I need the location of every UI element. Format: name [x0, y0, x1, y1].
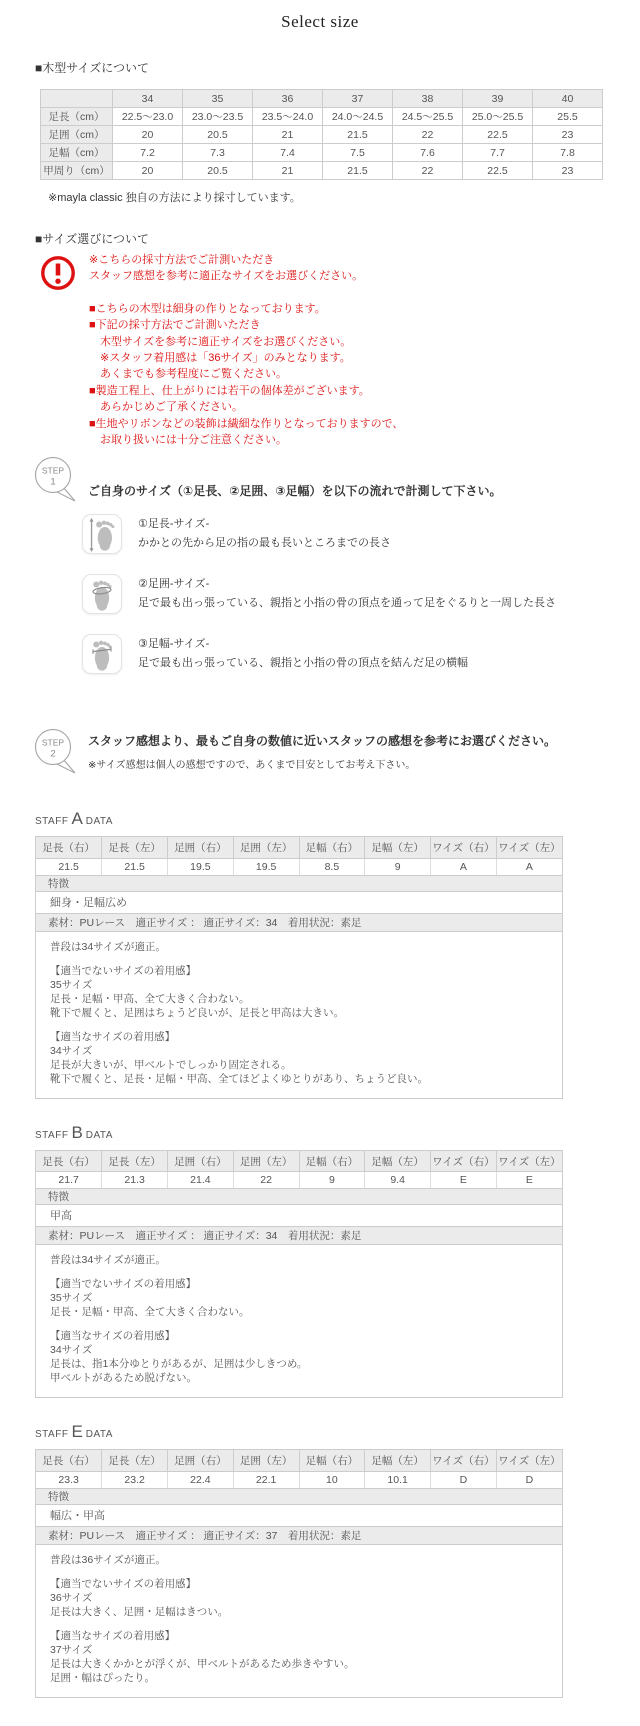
warning-line: 木型サイズを参考に適正サイズをお選びください。	[89, 334, 403, 350]
warning-line: ■製造工程上、仕上がりには若干の個体差がございます。	[89, 383, 403, 399]
table-row: 21.7 21.3 21.4 22 9 9.4 E E	[36, 1172, 562, 1189]
svg-text:2: 2	[50, 749, 55, 760]
step2-row: STEP 2 スタッフ感想より、最もご自身の数値に近いスタッフの感想を参考にお選…	[33, 728, 640, 776]
cell: 22.1	[233, 1471, 299, 1488]
cell: 21.5	[102, 858, 168, 875]
foot-length-icon	[82, 514, 122, 554]
cell: 7.8	[533, 144, 603, 162]
col-header: 足長（右）	[36, 1450, 102, 1471]
cell: 9	[299, 1172, 365, 1189]
table-row: 足幅（cm） 7.2 7.3 7.4 7.5 7.6 7.7 7.8	[41, 144, 603, 162]
staff-letter: B	[71, 1123, 82, 1142]
warning-line: ■生地やリボンなどの装飾は繊細な作りとなっておりますので、	[89, 416, 403, 432]
col-header: 足幅（右）	[299, 1450, 365, 1471]
foot-girth-icon	[82, 574, 122, 614]
table-row: 足長（右） 足長（左） 足囲（右） 足囲（左） 足幅（右） 足幅（左） ワイズ（…	[36, 1450, 562, 1471]
cell: D	[496, 1471, 562, 1488]
comment-line: 【適当でないサイズの着用感】	[50, 964, 550, 978]
cell: 21.5	[323, 162, 393, 180]
last-size-table: 34 35 36 37 38 39 40 足長（cm） 22.5～23.0 23…	[40, 89, 603, 180]
svg-text:STEP: STEP	[42, 738, 65, 748]
step2-instruction: スタッフ感想より、最もご自身の数値に近いスタッフの感想を参考にお選びください。	[88, 728, 556, 749]
staff-a-section: STAFFADATA 足長（右） 足長（左） 足囲（右） 足囲（左） 足幅（右）…	[35, 809, 640, 1099]
svg-text:STEP: STEP	[42, 466, 65, 476]
feature-header: 特徴	[36, 1489, 562, 1505]
warning-line: ■下記の採寸方法でご計測いただき	[89, 317, 403, 333]
comment-line: 普段は34サイズが適正。	[50, 1253, 550, 1267]
staff-e-heading: STAFFEDATA	[35, 1422, 640, 1442]
col-header: 足囲（右）	[168, 837, 234, 858]
col-header: 足幅（左）	[365, 1450, 431, 1471]
table-row: 甲周り（cm） 20 20.5 21 21.5 22 22.5 23	[41, 162, 603, 180]
comment-line	[50, 1319, 550, 1329]
cell: 21	[253, 162, 323, 180]
staff-letter: E	[71, 1422, 82, 1441]
cell: 23.0～23.5	[183, 108, 253, 126]
cell: 24.5～25.5	[393, 108, 463, 126]
col-header: 足囲（左）	[233, 1450, 299, 1471]
step2-note: ※サイズ感想は個人の感想ですので、あくまで目安としてお考え下さい。	[88, 756, 556, 771]
step1-row: STEP 1 ご自身のサイズ（①足長、②足囲、③足幅）を以下の流れで計測して下さ…	[33, 456, 640, 504]
comment-line: 足長・足幅・甲高、全て大きく合わない。	[50, 992, 550, 1006]
col-header: ワイズ（右）	[431, 1151, 497, 1172]
size-col-header: 40	[533, 90, 603, 108]
cell: 23.3	[36, 1471, 102, 1488]
warning-line: あらかじめご了承ください。	[89, 399, 403, 415]
staff-b-table: 足長（右） 足長（左） 足囲（右） 足囲（左） 足幅（右） 足幅（左） ワイズ（…	[36, 1151, 562, 1190]
measuring-note: ※mayla classic 独自の方法により採寸しています。	[48, 189, 640, 205]
comment-line: 普段は34サイズが適正。	[50, 940, 550, 954]
warning-line: スタッフ感想を参考に適正なサイズをお選びください。	[89, 268, 403, 284]
cell: 20	[113, 162, 183, 180]
staff-label-suffix: DATA	[86, 1130, 113, 1141]
col-header: 足長（左）	[102, 1151, 168, 1172]
cell: 22	[233, 1172, 299, 1189]
size-col-header: 35	[183, 90, 253, 108]
staff-a-table: 足長（右） 足長（左） 足囲（右） 足囲（左） 足幅（右） 足幅（左） ワイズ（…	[36, 837, 562, 876]
col-header: 足長（左）	[102, 837, 168, 858]
last-size-heading: ■木型サイズについて	[35, 59, 640, 76]
col-header: ワイズ（右）	[431, 837, 497, 858]
staff-label-suffix: DATA	[86, 816, 113, 827]
page-title: Select size	[0, 12, 640, 32]
comment-line: 甲ベルトがあるため脱げない。	[50, 1371, 550, 1385]
warning-block: ※こちらの採寸方法でご計測いただき スタッフ感想を参考に適正なサイズをお選びくだ…	[40, 252, 640, 448]
comment-line: 足長は大きく、足囲・足幅はきつい。	[50, 1605, 550, 1619]
staff-label-suffix: DATA	[86, 1429, 113, 1440]
size-col-header: 34	[113, 90, 183, 108]
warning-line: ■こちらの木型は細身の作りとなっております。	[89, 301, 403, 317]
staff-a-heading: STAFFADATA	[35, 809, 640, 829]
staff-label-prefix: STAFF	[35, 816, 68, 827]
cell: 21	[253, 126, 323, 144]
staff-letter: A	[71, 809, 82, 828]
step2-speech-bubble-badge: STEP 2	[33, 728, 79, 776]
col-header: ワイズ（左）	[496, 1151, 562, 1172]
warning-line: あくまでも参考程度にご覧ください。	[89, 366, 403, 382]
cell: 7.7	[463, 144, 533, 162]
comment-line	[50, 954, 550, 964]
cell: 7.6	[393, 144, 463, 162]
step1-text: ご自身のサイズ（①足長、②足囲、③足幅）を以下の流れで計測して下さい。	[88, 456, 502, 504]
staff-b-heading: STAFFBDATA	[35, 1123, 640, 1143]
col-header: 足囲（左）	[233, 837, 299, 858]
cell: 22	[393, 162, 463, 180]
warning-line: お取り扱いには十分ご注意ください。	[89, 432, 403, 448]
table-row: 足長（右） 足長（左） 足囲（右） 足囲（左） 足幅（右） 足幅（左） ワイズ（…	[36, 1151, 562, 1172]
comment-line: 足長は大きくかかとが浮くが、甲ベルトがあるため歩きやすい。	[50, 1657, 550, 1671]
comment-line	[50, 1020, 550, 1030]
cell: 24.0～24.5	[323, 108, 393, 126]
comment-line: 足長が大きいが、甲ベルトでしっかり固定される。	[50, 1058, 550, 1072]
cell: 22.5～23.0	[113, 108, 183, 126]
comment-line: 足囲・幅はぴったり。	[50, 1671, 550, 1685]
staff-label-prefix: STAFF	[35, 1130, 68, 1141]
warning-text: ※こちらの採寸方法でご計測いただき スタッフ感想を参考に適正なサイズをお選びくだ…	[89, 252, 403, 448]
size-header-row: 34 35 36 37 38 39 40	[41, 90, 603, 108]
exclamation-circle-icon	[40, 255, 76, 291]
cell: 22.4	[168, 1471, 234, 1488]
staff-a-block: 足長（右） 足長（左） 足囲（右） 足囲（左） 足幅（右） 足幅（左） ワイズ（…	[35, 836, 563, 1099]
cell: 21.7	[36, 1172, 102, 1189]
comment-line: 36サイズ	[50, 1591, 550, 1605]
cell: 23	[533, 162, 603, 180]
cell: 10.1	[365, 1471, 431, 1488]
feature-header: 特徴	[36, 876, 562, 892]
size-col-header: 36	[253, 90, 323, 108]
col-header: 足囲（右）	[168, 1151, 234, 1172]
cell: 21.5	[323, 126, 393, 144]
cell: 7.4	[253, 144, 323, 162]
cell: 21.4	[168, 1172, 234, 1189]
col-header: 足長（右）	[36, 1151, 102, 1172]
table-row: 足長（cm） 22.5～23.0 23.0～23.5 23.5～24.0 24.…	[41, 108, 603, 126]
cell: 25.0～25.5	[463, 108, 533, 126]
staff-b-section: STAFFBDATA 足長（右） 足長（左） 足囲（右） 足囲（左） 足幅（右）…	[35, 1123, 640, 1399]
svg-text:1: 1	[50, 477, 55, 488]
comment-line	[50, 1267, 550, 1277]
cell: A	[496, 858, 562, 875]
row-label: 甲周り（cm）	[41, 162, 113, 180]
col-header: 足幅（右）	[299, 837, 365, 858]
col-header: 足幅（左）	[365, 1151, 431, 1172]
item-desc: かかとの先から足の指の最も長いところまでの長さ	[138, 534, 391, 550]
table-row: 23.3 23.2 22.4 22.1 10 10.1 D D	[36, 1471, 562, 1488]
row-label: 足幅（cm）	[41, 144, 113, 162]
item-text: ①足長-サイズ- かかとの先から足の指の最も長いところまでの長さ	[138, 514, 391, 554]
col-header: ワイズ（左）	[496, 837, 562, 858]
comment-line: 【適当でないサイズの着用感】	[50, 1277, 550, 1291]
cell: 7.2	[113, 144, 183, 162]
staff-b-comment: 普段は34サイズが適正。 【適当でないサイズの着用感】 35サイズ 足長・足幅・…	[36, 1245, 562, 1397]
col-header: 足長（右）	[36, 837, 102, 858]
item-title: ②足囲-サイズ-	[138, 575, 556, 591]
cell: 20.5	[183, 126, 253, 144]
cell: 9	[365, 858, 431, 875]
cell: A	[431, 858, 497, 875]
comment-line: 【適当なサイズの着用感】	[50, 1030, 550, 1044]
cell: E	[496, 1172, 562, 1189]
comment-line: 靴下で履くと、足囲はちょうど良いが、足長と甲高は大きい。	[50, 1006, 550, 1020]
staff-a-comment: 普段は34サイズが適正。 【適当でないサイズの着用感】 35サイズ 足長・足幅・…	[36, 932, 562, 1098]
cell: 22.5	[463, 126, 533, 144]
comment-line: 37サイズ	[50, 1643, 550, 1657]
row-label: 足長（cm）	[41, 108, 113, 126]
staff-label-prefix: STAFF	[35, 1429, 68, 1440]
feature-header: 特徴	[36, 1189, 562, 1205]
comment-line: 34サイズ	[50, 1044, 550, 1058]
comment-line: 34サイズ	[50, 1343, 550, 1357]
feature-value: 細身・足幅広め	[36, 892, 562, 914]
table-row: 足囲（cm） 20 20.5 21 21.5 22 22.5 23	[41, 126, 603, 144]
spacer	[89, 285, 403, 301]
cell: 20	[113, 126, 183, 144]
cell: 21.3	[102, 1172, 168, 1189]
cell: 23	[533, 126, 603, 144]
cell: E	[431, 1172, 497, 1189]
cell: 9.4	[365, 1172, 431, 1189]
comment-line: 35サイズ	[50, 1291, 550, 1305]
cell: 22.5	[463, 162, 533, 180]
comment-line: 靴下で履くと、足長・足幅・甲高、全てほどよくゆとりがあり、ちょうど良い。	[50, 1072, 550, 1086]
size-col-header: 38	[393, 90, 463, 108]
cell: D	[431, 1471, 497, 1488]
material-bar: 素材：PUレース 適正サイズ ： 適正サイズ：37 着用状況：素足	[36, 1527, 562, 1545]
corner-cell	[41, 90, 113, 108]
staff-e-block: 足長（右） 足長（左） 足囲（右） 足囲（左） 足幅（右） 足幅（左） ワイズ（…	[35, 1449, 563, 1698]
staff-e-comment: 普段は36サイズが適正。 【適当でないサイズの着用感】 36サイズ 足長は大きく…	[36, 1545, 562, 1697]
warning-line: ※スタッフ着用感は「36サイズ」のみとなります。	[89, 350, 403, 366]
step2-text: スタッフ感想より、最もご自身の数値に近いスタッフの感想を参考にお選びください。 …	[88, 728, 556, 776]
cell: 23.5～24.0	[253, 108, 323, 126]
item-title: ①足長-サイズ-	[138, 515, 391, 531]
staff-e-section: STAFFEDATA 足長（右） 足長（左） 足囲（右） 足囲（左） 足幅（右）…	[35, 1422, 640, 1698]
feature-value: 甲高	[36, 1205, 562, 1227]
cell: 22	[393, 126, 463, 144]
step1-speech-bubble-badge: STEP 1	[33, 456, 79, 504]
cell: 7.3	[183, 144, 253, 162]
measurement-items: ①足長-サイズ- かかとの先から足の指の最も長いところまでの長さ ②足囲-サイズ…	[82, 514, 640, 674]
comment-line	[50, 1619, 550, 1629]
comment-line: 【適当なサイズの着用感】	[50, 1329, 550, 1343]
cell: 20.5	[183, 162, 253, 180]
cell: 23.2	[102, 1471, 168, 1488]
foot-width-icon	[82, 634, 122, 674]
col-header: 足幅（左）	[365, 837, 431, 858]
list-item: ②足囲-サイズ- 足で最も出っ張っている、親指と小指の骨の頂点を通って足をぐるり…	[82, 574, 640, 614]
list-item: ③足幅-サイズ- 足で最も出っ張っている、親指と小指の骨の頂点を結んだ足の横幅	[82, 634, 640, 674]
list-item: ①足長-サイズ- かかとの先から足の指の最も長いところまでの長さ	[82, 514, 640, 554]
item-text: ②足囲-サイズ- 足で最も出っ張っている、親指と小指の骨の頂点を通って足をぐるり…	[138, 574, 556, 614]
col-header: 足囲（左）	[233, 1151, 299, 1172]
col-header: 足幅（右）	[299, 1151, 365, 1172]
col-header: 足囲（右）	[168, 1450, 234, 1471]
table-row: 21.5 21.5 19.5 19.5 8.5 9 A A	[36, 858, 562, 875]
cell: 21.5	[36, 858, 102, 875]
cell: 10	[299, 1471, 365, 1488]
material-bar: 素材：PUレース 適正サイズ ： 適正サイズ：34 着用状況：素足	[36, 914, 562, 932]
row-label: 足囲（cm）	[41, 126, 113, 144]
col-header: 足長（左）	[102, 1450, 168, 1471]
warning-line: ※こちらの採寸方法でご計測いただき	[89, 252, 403, 268]
comment-line: 【適当なサイズの着用感】	[50, 1629, 550, 1643]
staff-e-table: 足長（右） 足長（左） 足囲（右） 足囲（左） 足幅（右） 足幅（左） ワイズ（…	[36, 1450, 562, 1489]
size-col-header: 37	[323, 90, 393, 108]
size-choice-heading: ■サイズ選びについて	[35, 230, 640, 247]
item-title: ③足幅-サイズ-	[138, 635, 468, 651]
size-col-header: 39	[463, 90, 533, 108]
item-desc: 足で最も出っ張っている、親指と小指の骨の頂点を通って足をぐるりと一周した長さ	[138, 594, 556, 610]
step1-instruction: ご自身のサイズ（①足長、②足囲、③足幅）を以下の流れで計測して下さい。	[88, 456, 502, 499]
item-text: ③足幅-サイズ- 足で最も出っ張っている、親指と小指の骨の頂点を結んだ足の横幅	[138, 634, 468, 674]
cell: 19.5	[168, 858, 234, 875]
cell: 19.5	[233, 858, 299, 875]
material-bar: 素材：PUレース 適正サイズ ： 適正サイズ：34 着用状況：素足	[36, 1227, 562, 1245]
comment-line: 【適当でないサイズの着用感】	[50, 1577, 550, 1591]
col-header: ワイズ（右）	[431, 1450, 497, 1471]
item-desc: 足で最も出っ張っている、親指と小指の骨の頂点を結んだ足の横幅	[138, 654, 468, 670]
comment-line: 35サイズ	[50, 978, 550, 992]
comment-line	[50, 1567, 550, 1577]
col-header: ワイズ（左）	[496, 1450, 562, 1471]
feature-value: 幅広・甲高	[36, 1505, 562, 1527]
table-row: 足長（右） 足長（左） 足囲（右） 足囲（左） 足幅（右） 足幅（左） ワイズ（…	[36, 837, 562, 858]
cell: 25.5	[533, 108, 603, 126]
staff-b-block: 足長（右） 足長（左） 足囲（右） 足囲（左） 足幅（右） 足幅（左） ワイズ（…	[35, 1150, 563, 1399]
comment-line: 足長は、指1本分ゆとりがあるが、足囲は少しきつめ。	[50, 1357, 550, 1371]
cell: 7.5	[323, 144, 393, 162]
cell: 8.5	[299, 858, 365, 875]
comment-line: 足長・足幅・甲高、全て大きく合わない。	[50, 1305, 550, 1319]
comment-line: 普段は36サイズが適正。	[50, 1553, 550, 1567]
